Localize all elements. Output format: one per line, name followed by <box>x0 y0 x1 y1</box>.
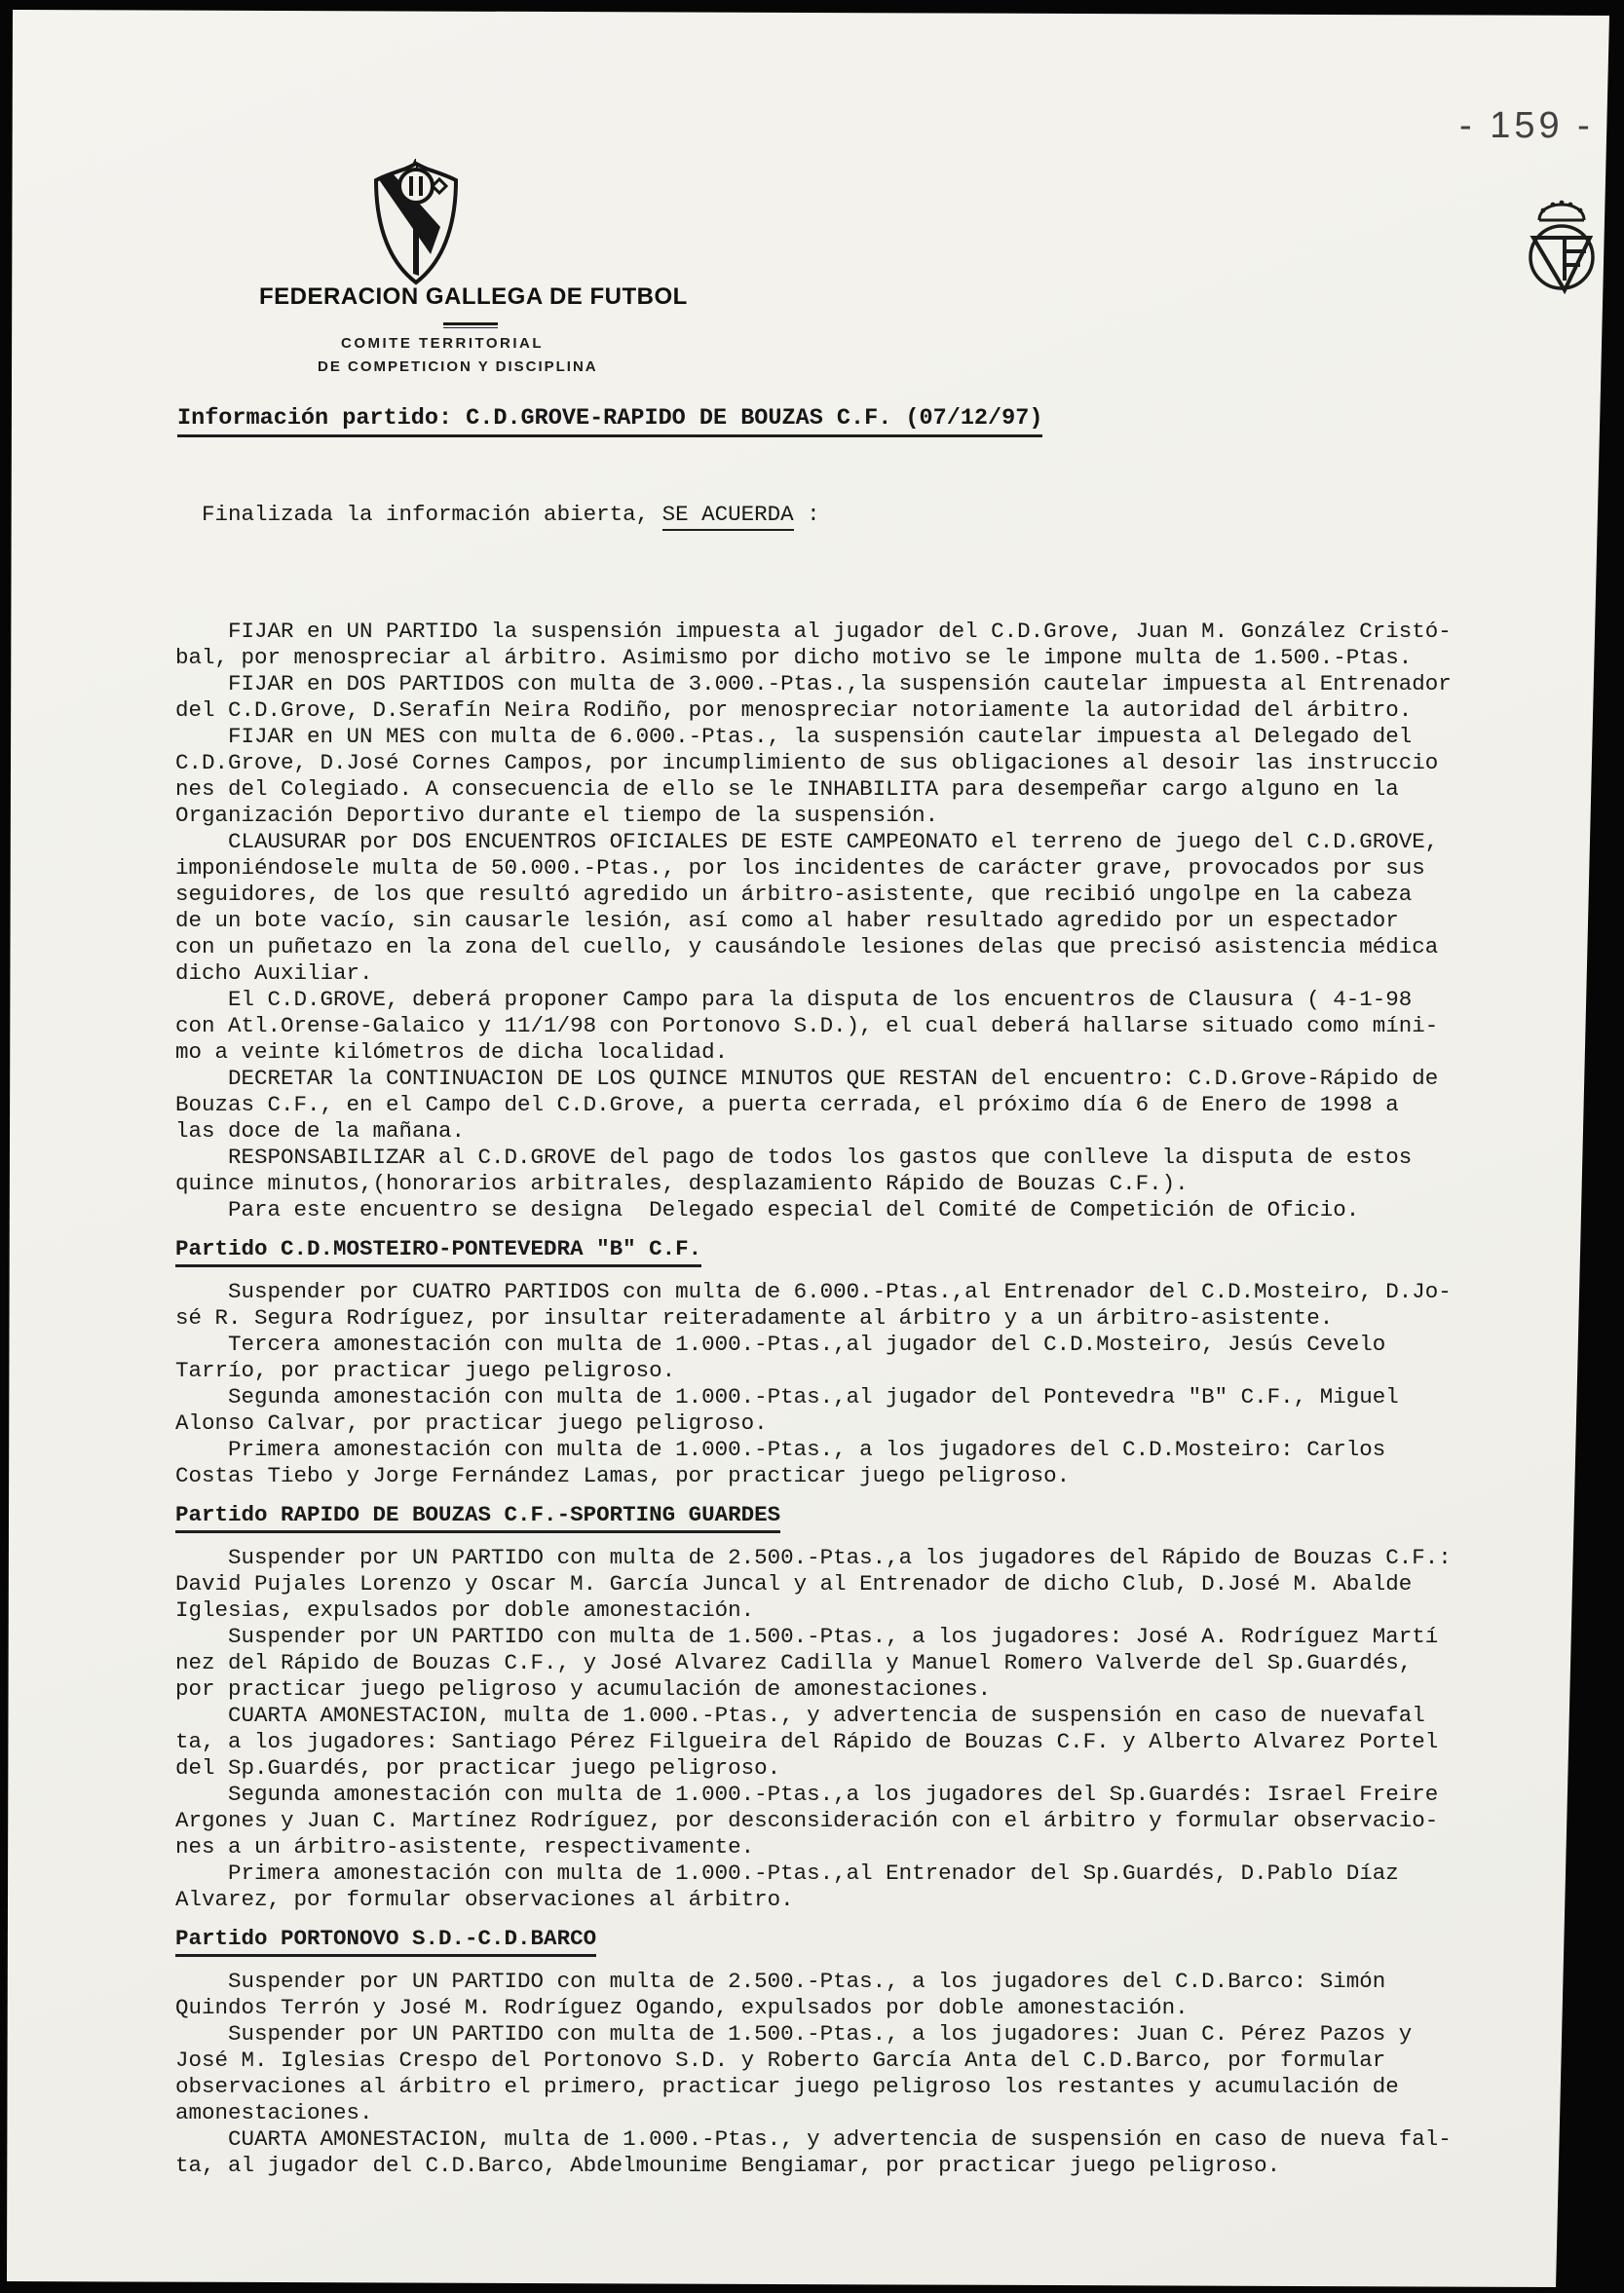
doc-line: amonestaciones. <box>175 2100 1539 2126</box>
doc-line: ta, al jugador del C.D.Barco, Abdelmouni… <box>175 2153 1539 2179</box>
doc-line: FIJAR en UN PARTIDO la suspensión impues… <box>175 619 1539 645</box>
letterhead-committee-line2: DE COMPETICION Y DISCIPLINA <box>318 358 598 375</box>
section-heading: Partido C.D.MOSTEIRO-PONTEVEDRA "B" C.F. <box>175 1236 1539 1267</box>
section-heading: Partido RAPIDO DE BOUZAS C.F.-SPORTING G… <box>175 1502 1539 1533</box>
doc-line: Bouzas C.F., en el Campo del C.D.Grove, … <box>175 1092 1539 1118</box>
doc-line: con Atl.Orense-Galaico y 11/1/98 con Por… <box>175 1013 1539 1039</box>
document-title-text: Información partido: C.D.GROVE-RAPIDO DE… <box>177 405 1042 437</box>
doc-line: dicho Auxiliar. <box>175 960 1539 987</box>
doc-line: Para este encuentro se designa Delegado … <box>175 1197 1539 1223</box>
doc-line: RESPONSABILIZAR al C.D.GROVE del pago de… <box>175 1145 1539 1171</box>
doc-line: El C.D.GROVE, deberá proponer Campo para… <box>175 987 1539 1013</box>
doc-line: C.D.Grove, D.José Cornes Campos, por inc… <box>175 750 1539 776</box>
doc-line: Segunda amonestación con multa de 1.000.… <box>175 1384 1539 1410</box>
page-number: - 159 - <box>1459 105 1594 147</box>
doc-line: Tercera amonestación con multa de 1.000.… <box>175 1332 1539 1358</box>
doc-line: Quindos Terrón y José M. Rodríguez Ogand… <box>175 1995 1539 2021</box>
doc-line: Suspender por UN PARTIDO con multa de 2.… <box>175 1969 1539 1995</box>
doc-line: Argones y Juan C. Martínez Rodríguez, po… <box>175 1808 1539 1834</box>
intro-post: : <box>794 502 820 527</box>
doc-line: Organización Deportivo durante el tiempo… <box>175 803 1539 829</box>
document-page: - 159 - FEDERACION GALLEGA DE FUTBOL COM… <box>0 0 1624 2293</box>
intro-pre: Finalizada la información abierta, <box>175 502 662 527</box>
section-heading-text: Partido RAPIDO DE BOUZAS C.F.-SPORTING G… <box>175 1502 780 1533</box>
doc-line: ta, a los jugadores: Santiago Pérez Filg… <box>175 1729 1539 1755</box>
doc-line: Suspender por UN PARTIDO con multa de 2.… <box>175 1545 1539 1571</box>
federation-shield-icon <box>362 159 470 287</box>
intro-emphasis: SE ACUERDA <box>662 502 794 531</box>
doc-line: Suspender por CUATRO PARTIDOS con multa … <box>175 1279 1539 1305</box>
doc-line: José M. Iglesias Crespo del Portonovo S.… <box>175 2048 1539 2074</box>
doc-line: las doce de la mañana. <box>175 1118 1539 1145</box>
doc-line: Iglesias, expulsados por doble amonestac… <box>175 1598 1539 1624</box>
doc-line: Suspender por UN PARTIDO con multa de 1.… <box>175 2021 1539 2048</box>
letterhead-org-name: FEDERACION GALLEGA DE FUTBOL <box>259 283 688 311</box>
doc-line: FIJAR en DOS PARTIDOS con multa de 3.000… <box>175 671 1539 697</box>
doc-line: Primera amonestación con multa de 1.000.… <box>175 1861 1539 1887</box>
doc-line: DECRETAR la CONTINUACION DE LOS QUINCE M… <box>175 1066 1539 1092</box>
doc-line: David Pujales Lorenzo y Oscar M. García … <box>175 1571 1539 1598</box>
letterhead-committee-line1: COMITE TERRITORIAL <box>341 335 544 352</box>
doc-line: nez del Rápido de Bouzas C.F., y José Al… <box>175 1650 1539 1676</box>
doc-line: mo a veinte kilómetros de dicha localida… <box>175 1039 1539 1066</box>
section-heading-text: Partido PORTONOVO S.D.-C.D.BARCO <box>175 1926 596 1957</box>
doc-line: FIJAR en UN MES con multa de 6.000.-Ptas… <box>175 724 1539 750</box>
doc-line: nes del Colegiado. A consecuencia de ell… <box>175 776 1539 803</box>
doc-line: CUARTA AMONESTACION, multa de 1.000.-Pta… <box>175 2126 1539 2153</box>
document-title: Información partido: C.D.GROVE-RAPIDO DE… <box>177 405 1042 437</box>
doc-line: del C.D.Grove, D.Serafín Neira Rodiño, p… <box>175 697 1539 724</box>
doc-line: Suspender por UN PARTIDO con multa de 1.… <box>175 1624 1539 1650</box>
doc-line: por practicar juego peligroso y acumulac… <box>175 1676 1539 1703</box>
doc-line: Segunda amonestación con multa de 1.000.… <box>175 1782 1539 1808</box>
doc-line: nes a un árbitro-asistente, respectivame… <box>175 1834 1539 1861</box>
document-body: Finalizada la información abierta, SE AC… <box>175 449 1539 2179</box>
doc-line: CLAUSURAR por DOS ENCUENTROS OFICIALES D… <box>175 829 1539 855</box>
doc-line: del Sp.Guardés, por practicar juego peli… <box>175 1755 1539 1782</box>
doc-line: Alvarez, por formular observaciones al á… <box>175 1887 1539 1913</box>
scanned-page: { "colors": { "paper": "#f2f1ec", "ink":… <box>0 0 1624 2293</box>
intro-line: Finalizada la información abierta, SE AC… <box>175 502 1539 531</box>
crowned-federation-emblem-icon <box>1526 195 1598 296</box>
doc-line: con un puñetazo en la zona del cuello, y… <box>175 934 1539 960</box>
doc-line: CUARTA AMONESTACION, multa de 1.000.-Pta… <box>175 1703 1539 1729</box>
doc-line: Alonso Calvar, por practicar juego pelig… <box>175 1410 1539 1437</box>
doc-line: Primera amonestación con multa de 1.000.… <box>175 1437 1539 1463</box>
doc-line: observaciones al árbitro el primero, pra… <box>175 2074 1539 2100</box>
doc-line: Costas Tiebo y Jorge Fernández Lamas, po… <box>175 1463 1539 1489</box>
doc-line: Tarrío, por practicar juego peligroso. <box>175 1358 1539 1384</box>
letterhead-rule <box>443 322 498 328</box>
section-heading: Partido PORTONOVO S.D.-C.D.BARCO <box>175 1926 1539 1957</box>
doc-line: de un bote vacío, sin causarle lesión, a… <box>175 908 1539 934</box>
doc-line: sé R. Segura Rodríguez, por insultar rei… <box>175 1305 1539 1332</box>
doc-line: quince minutos,(honorarios arbitrales, d… <box>175 1171 1539 1197</box>
section-heading-text: Partido C.D.MOSTEIRO-PONTEVEDRA "B" C.F. <box>175 1236 701 1267</box>
doc-line: seguidores, de los que resultó agredido … <box>175 882 1539 908</box>
doc-line: imponiéndosele multa de 50.000.-Ptas., p… <box>175 855 1539 882</box>
doc-line: bal, por menospreciar al árbitro. Asimis… <box>175 645 1539 671</box>
